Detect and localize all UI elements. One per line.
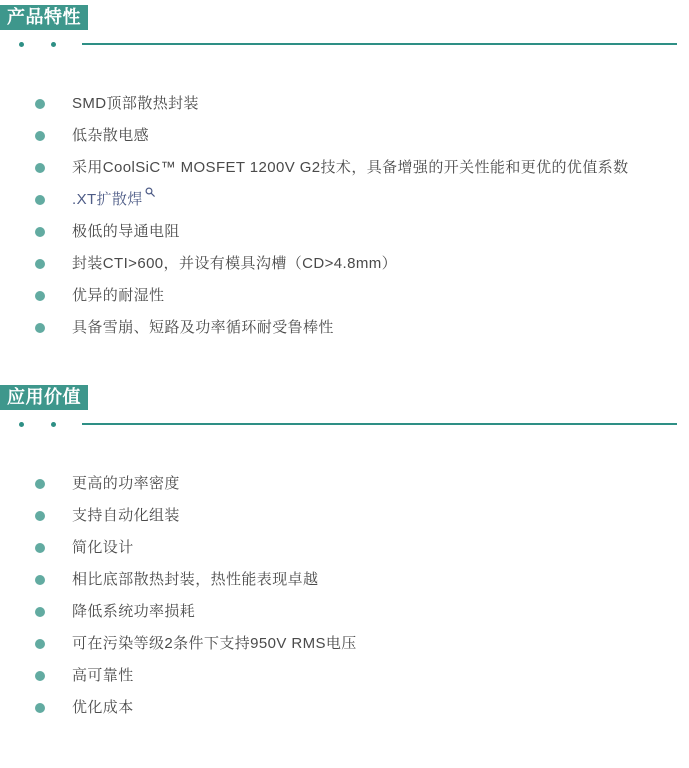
value-list: 更高的功率密度支持自动化组装简化设计相比底部散热封装，热性能表现卓越降低系统功率… <box>0 470 689 722</box>
section-title-badge-values: 应用价值 <box>0 385 88 410</box>
list-item-text: 高可靠性 <box>72 667 134 684</box>
list-item: 高可靠性 <box>0 662 689 690</box>
bullet-icon <box>35 195 45 205</box>
list-item-text: 支持自动化组装 <box>72 507 180 524</box>
list-item: 简化设计 <box>0 534 689 562</box>
divider-line <box>82 43 677 45</box>
list-item-text: 可在污染等级2条件下支持950V RMS电压 <box>72 635 357 652</box>
list-item: 降低系统功率损耗 <box>0 598 689 626</box>
list-item: .XT扩散焊 <box>0 186 689 214</box>
list-item: 可在污染等级2条件下支持950V RMS电压 <box>0 630 689 658</box>
bullet-icon <box>35 163 45 173</box>
section-application-values: 应用价值 更高的功率密度支持自动化组装简化设计相比底部散热封装，热性能表现卓越降… <box>0 385 689 722</box>
list-item-text: 具备雪崩、短路及功率循环耐受鲁棒性 <box>72 319 334 336</box>
search-icon <box>145 187 155 197</box>
search-icon-wrapper[interactable] <box>145 179 155 207</box>
bullet-icon <box>35 131 45 141</box>
list-item: 相比底部散热封装，热性能表现卓越 <box>0 566 689 594</box>
list-item: 更高的功率密度 <box>0 470 689 498</box>
divider-line <box>82 423 677 425</box>
list-item-text: 极低的导通电阻 <box>72 223 180 240</box>
bullet-icon <box>35 543 45 553</box>
section-title-badge-features: 产品特性 <box>0 5 88 30</box>
list-item-text: 相比底部散热封装，热性能表现卓越 <box>72 571 318 588</box>
bullet-icon <box>35 607 45 617</box>
divider-dot-icon <box>19 422 24 427</box>
bullet-icon <box>35 575 45 585</box>
bullet-icon <box>35 259 45 269</box>
bullet-icon <box>35 511 45 521</box>
bullet-icon <box>35 703 45 713</box>
bullet-icon <box>35 291 45 301</box>
xt-diffusion-solder-link[interactable]: .XT扩散焊 <box>72 191 155 208</box>
divider-dot-icon <box>51 422 56 427</box>
list-item-text: SMD顶部散热封装 <box>72 95 199 112</box>
list-item: 支持自动化组装 <box>0 502 689 530</box>
section-product-features: 产品特性 SMD顶部散热封装低杂散电感采用CoolSiC™ MOSFET 120… <box>0 5 689 342</box>
bullet-icon <box>35 479 45 489</box>
list-item-text: 采用CoolSiC™ MOSFET 1200V G2技术，具备增强的开关性能和更… <box>72 159 629 176</box>
bullet-icon <box>35 323 45 333</box>
list-item-text: 封装CTI>600，并设有模具沟槽（CD>4.8mm） <box>72 255 397 272</box>
list-item: 封装CTI>600，并设有模具沟槽（CD>4.8mm） <box>0 250 689 278</box>
list-item-text: 优异的耐湿性 <box>72 287 164 304</box>
bullet-icon <box>35 227 45 237</box>
bullet-icon <box>35 99 45 109</box>
list-item: 优异的耐湿性 <box>0 282 689 310</box>
bullet-icon <box>35 671 45 681</box>
list-item-text: 低杂散电感 <box>72 127 149 144</box>
list-item: 采用CoolSiC™ MOSFET 1200V G2技术，具备增强的开关性能和更… <box>0 154 689 182</box>
product-info-page: 产品特性 SMD顶部散热封装低杂散电感采用CoolSiC™ MOSFET 120… <box>0 0 689 768</box>
list-item-text: 简化设计 <box>72 539 134 556</box>
divider-dot-icon <box>51 42 56 47</box>
list-item-text: 优化成本 <box>72 699 134 716</box>
list-item: 优化成本 <box>0 694 689 722</box>
list-item: 极低的导通电阻 <box>0 218 689 246</box>
list-item: 具备雪崩、短路及功率循环耐受鲁棒性 <box>0 314 689 342</box>
section-divider <box>19 421 689 427</box>
list-item-text: 更高的功率密度 <box>72 475 180 492</box>
list-item: 低杂散电感 <box>0 122 689 150</box>
bullet-icon <box>35 639 45 649</box>
divider-dot-icon <box>19 42 24 47</box>
list-item-text: 降低系统功率损耗 <box>72 603 195 620</box>
list-item: SMD顶部散热封装 <box>0 90 689 118</box>
feature-list: SMD顶部散热封装低杂散电感采用CoolSiC™ MOSFET 1200V G2… <box>0 90 689 342</box>
section-divider <box>19 41 689 47</box>
